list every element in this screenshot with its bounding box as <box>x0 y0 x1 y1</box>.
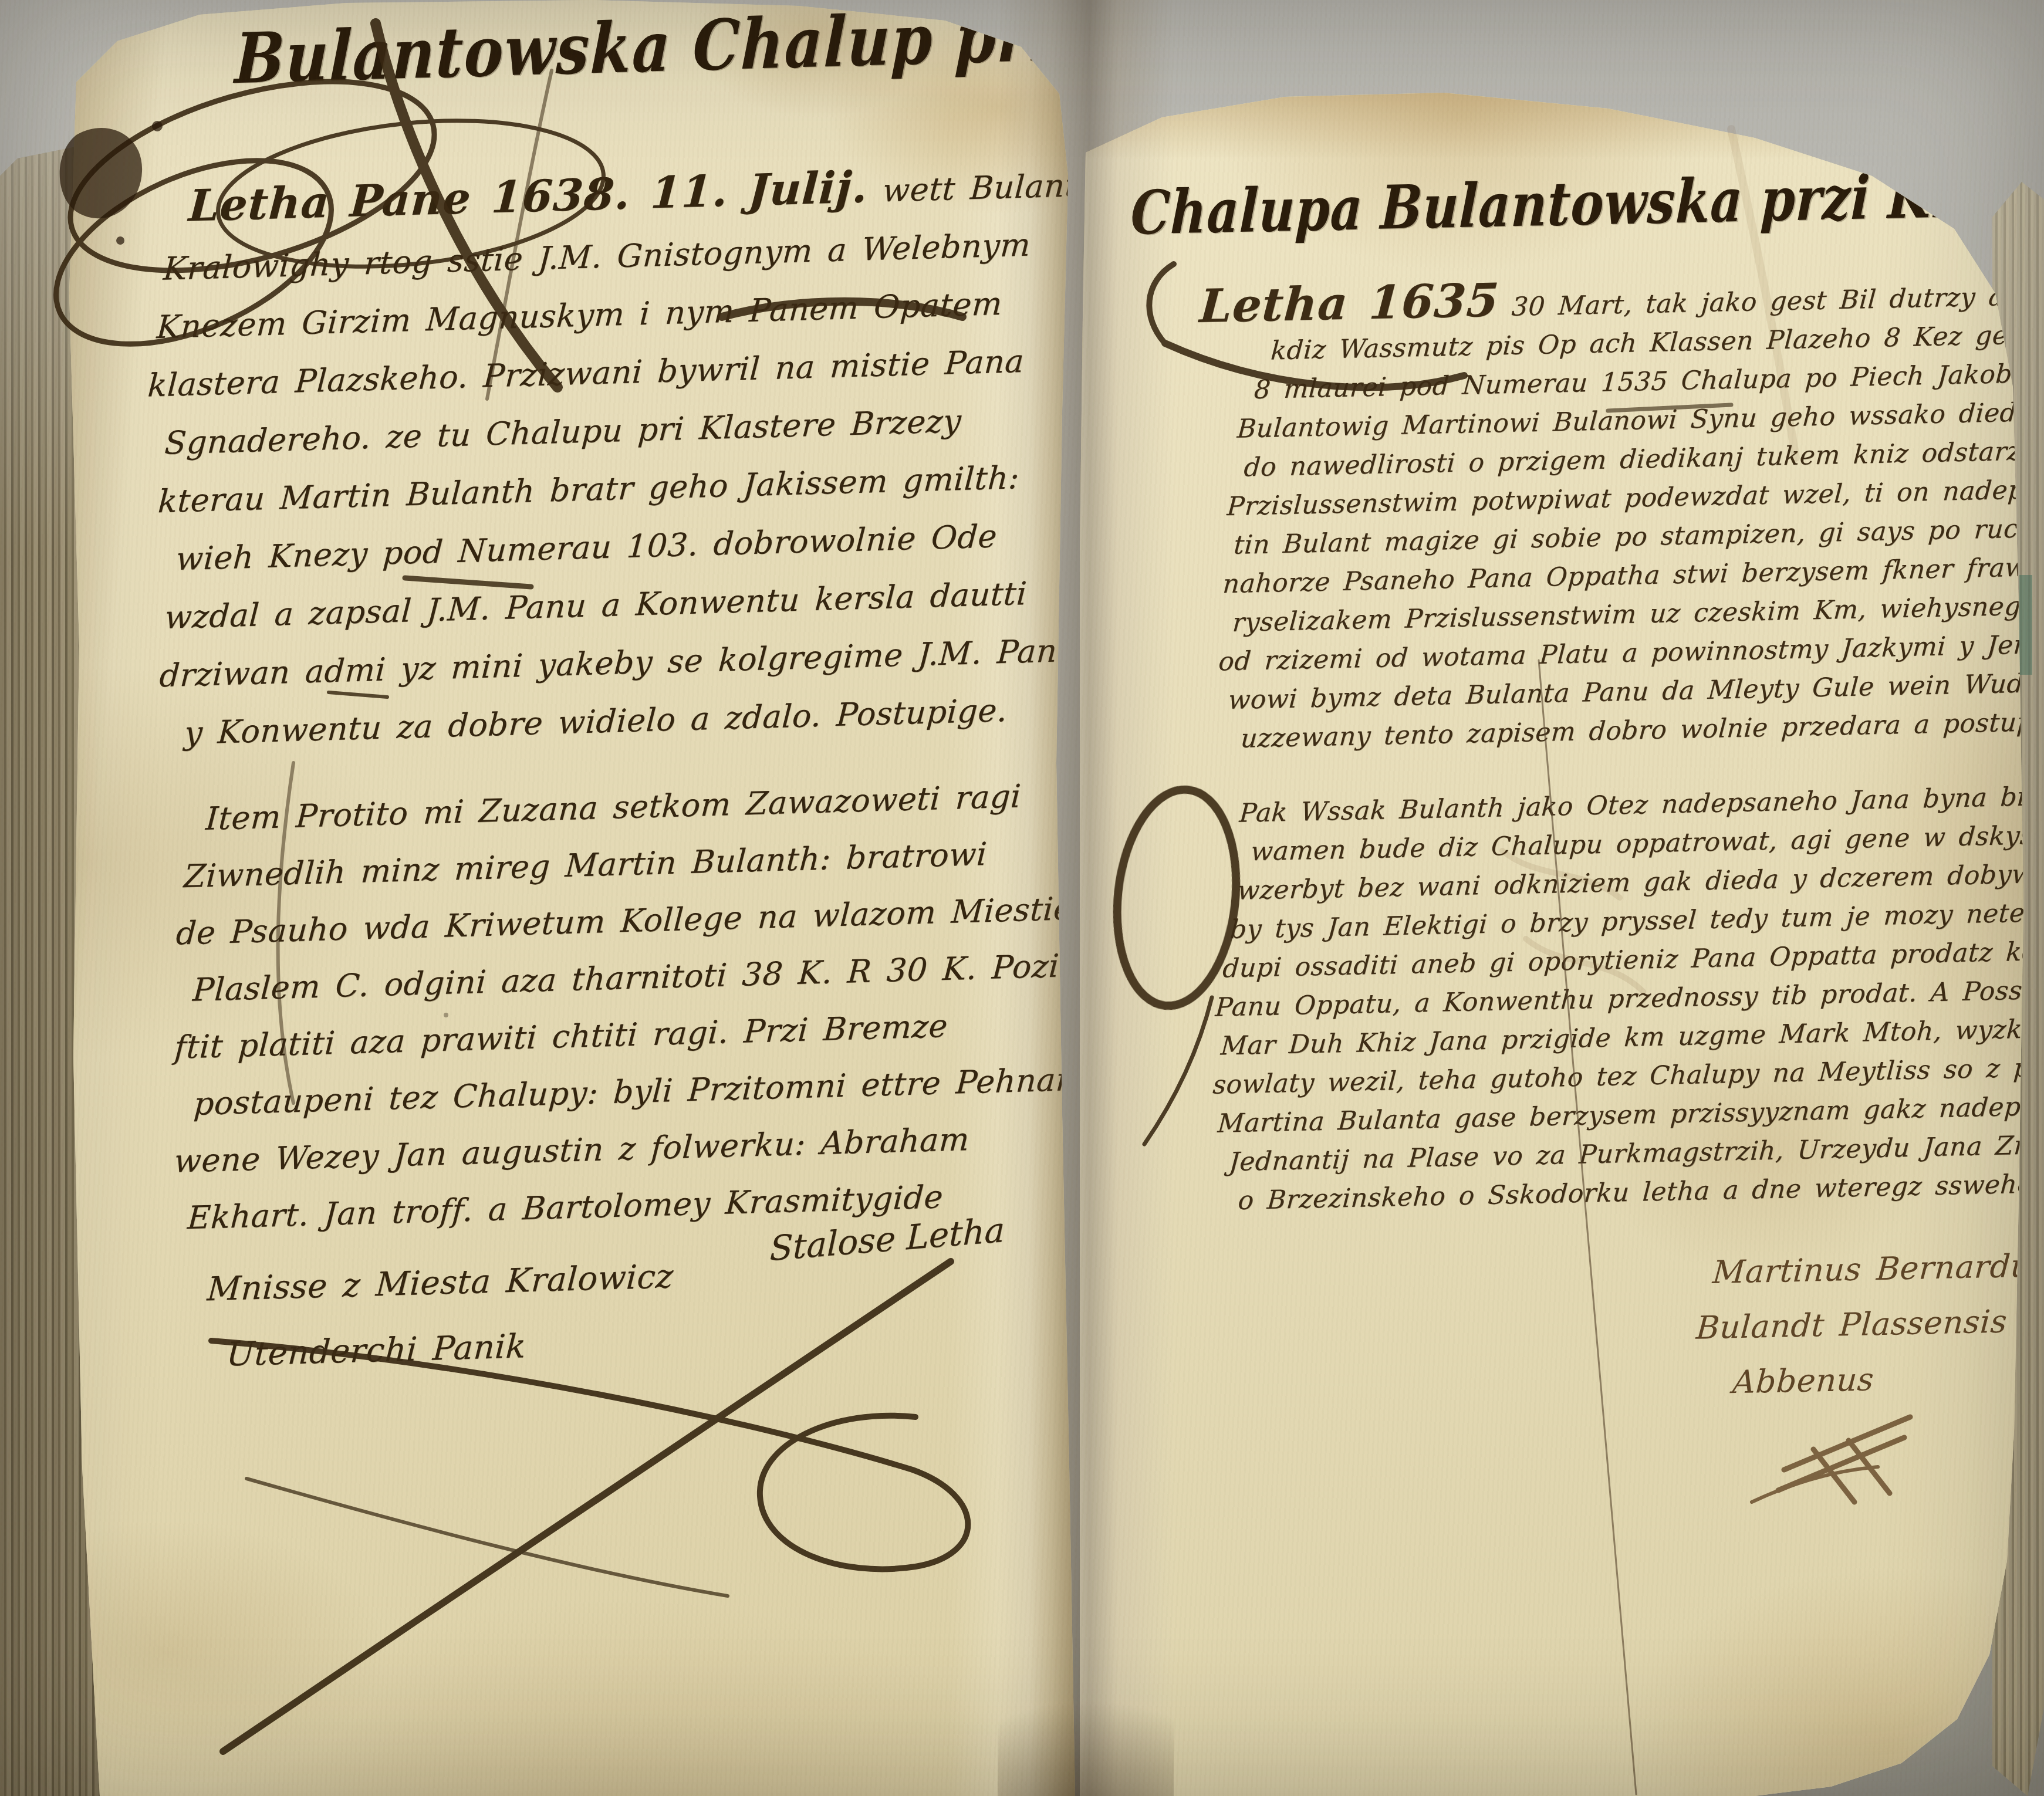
open-manuscript-book-photo: Bulantowska Chalup při Klasteře Letha Pa… <box>0 0 2044 1796</box>
photo-vignette <box>0 0 2044 1796</box>
